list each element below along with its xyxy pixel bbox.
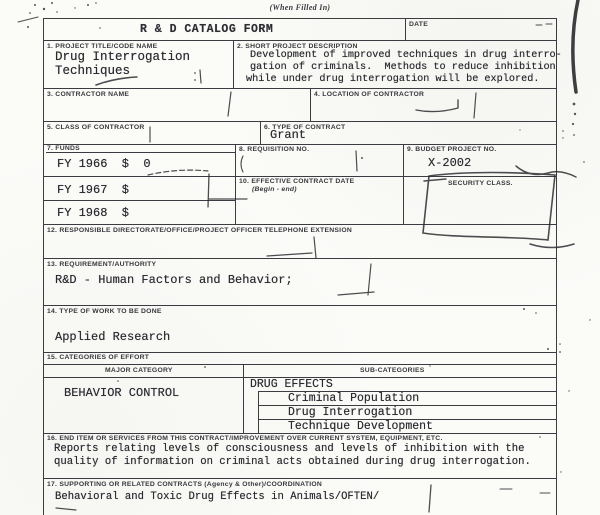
- field-work-type-label: 14. TYPE OF WORK TO BE DONE: [47, 308, 162, 315]
- sub-category-item: DRUG EFFECTS: [250, 378, 333, 392]
- sub-categories-header: SUB-CATEGORIES: [360, 367, 425, 374]
- form-line: [43, 224, 557, 225]
- sub-category-item: Drug Interrogation: [288, 406, 412, 420]
- field-requirement-value: R&D - Human Factors and Behavior;: [55, 273, 293, 287]
- form-line: [233, 40, 234, 88]
- form-line: [43, 305, 557, 306]
- field-contract-type-value: Grant: [270, 128, 306, 142]
- field-responsible-label: 12. RESPONSIBLE DIRECTORATE/OFFICE/PROJE…: [47, 227, 352, 234]
- field-label: 16. END ITEM OR SERVICES FROM THIS CONTR…: [47, 435, 443, 442]
- form-line: [258, 391, 259, 433]
- form-line: [43, 144, 557, 145]
- field-label: 15. CATEGORIES OF EFFORT: [47, 354, 149, 361]
- form-border-left: [43, 18, 44, 515]
- form-line: [43, 352, 557, 353]
- field-value: quality of information on criminal acts …: [54, 456, 531, 468]
- field-label: 1. PROJECT TITLE/CODE NAME: [47, 43, 157, 50]
- field-label: 2. SHORT PROJECT DESCRIPTION: [237, 43, 358, 50]
- field-value: Reports relating levels of consciousness…: [54, 443, 524, 455]
- date-label: DATE: [409, 21, 428, 28]
- field-value: Development of improved techniques in dr…: [250, 50, 562, 61]
- field-value: while under drug interrogation will be e…: [246, 74, 539, 85]
- field-value: Drug Interrogation: [55, 50, 190, 64]
- form-line: [235, 144, 236, 224]
- field-value: gation of criminals. Methods to reduce i…: [250, 62, 556, 73]
- form-line: [46, 152, 235, 153]
- field-sublabel: (Begin - end): [252, 186, 297, 193]
- form-line: [43, 176, 557, 177]
- field-label: 17. SUPPORTING OR RELATED CONTRACTS (Age…: [47, 481, 322, 488]
- funds-fy1967: FY 1967 $: [57, 183, 129, 197]
- form-line: [43, 258, 557, 259]
- major-category-value: BEHAVIOR CONTROL: [64, 386, 179, 400]
- sub-category-item: Technique Development: [288, 420, 433, 434]
- field-contractor-location-label: 4. LOCATION OF CONTRACTOR: [314, 91, 424, 98]
- field-requisition-label: 8. REQUISITION NO.: [239, 146, 309, 153]
- form-line: [43, 88, 557, 89]
- field-budget-project-label: 9. BUDGET PROJECT NO.: [407, 146, 496, 153]
- form-title: R & D CATALOG FORM: [140, 23, 273, 36]
- funds-fy1966: FY 1966 $ 0: [57, 157, 151, 171]
- field-value: Behavioral and Toxic Drug Effects in Ani…: [55, 491, 379, 503]
- field-contractor-class-label: 5. CLASS OF CONTRACTOR: [47, 124, 145, 131]
- form-line: [43, 364, 557, 365]
- form-line: [403, 144, 404, 224]
- form-line: [43, 200, 235, 201]
- form-line: [43, 121, 557, 122]
- field-requirement-label: 13. REQUIREMENT/AUTHORITY: [47, 261, 156, 268]
- form-border-right: [556, 18, 557, 515]
- form-line: [310, 88, 311, 121]
- form-line: [405, 18, 406, 40]
- form-line: [243, 364, 244, 433]
- major-category-header: MAJOR CATEGORY: [105, 367, 173, 374]
- form-line: [260, 121, 261, 144]
- field-budget-project-value: X-2002: [428, 156, 471, 170]
- field-label: 7. FUNDS: [47, 145, 80, 152]
- field-value: Techniques: [55, 64, 130, 78]
- form-line: [43, 40, 557, 41]
- field-label: 10. EFFECTIVE CONTRACT DATE: [239, 178, 354, 185]
- field-work-type-value: Applied Research: [55, 330, 170, 344]
- form-line: [43, 478, 557, 479]
- field-contractor-name-label: 3. CONTRACTOR NAME: [47, 91, 129, 98]
- when-filled-in-note: (When Filled In): [0, 3, 600, 12]
- field-security-class-label: SECURITY CLASS.: [448, 180, 513, 187]
- form-line: [43, 18, 557, 19]
- funds-fy1968: FY 1968 $: [57, 206, 129, 220]
- scanned-form-page: (When Filled In) R & D CATALOG FORM DATE…: [0, 0, 600, 515]
- sub-category-item: Criminal Population: [288, 392, 419, 406]
